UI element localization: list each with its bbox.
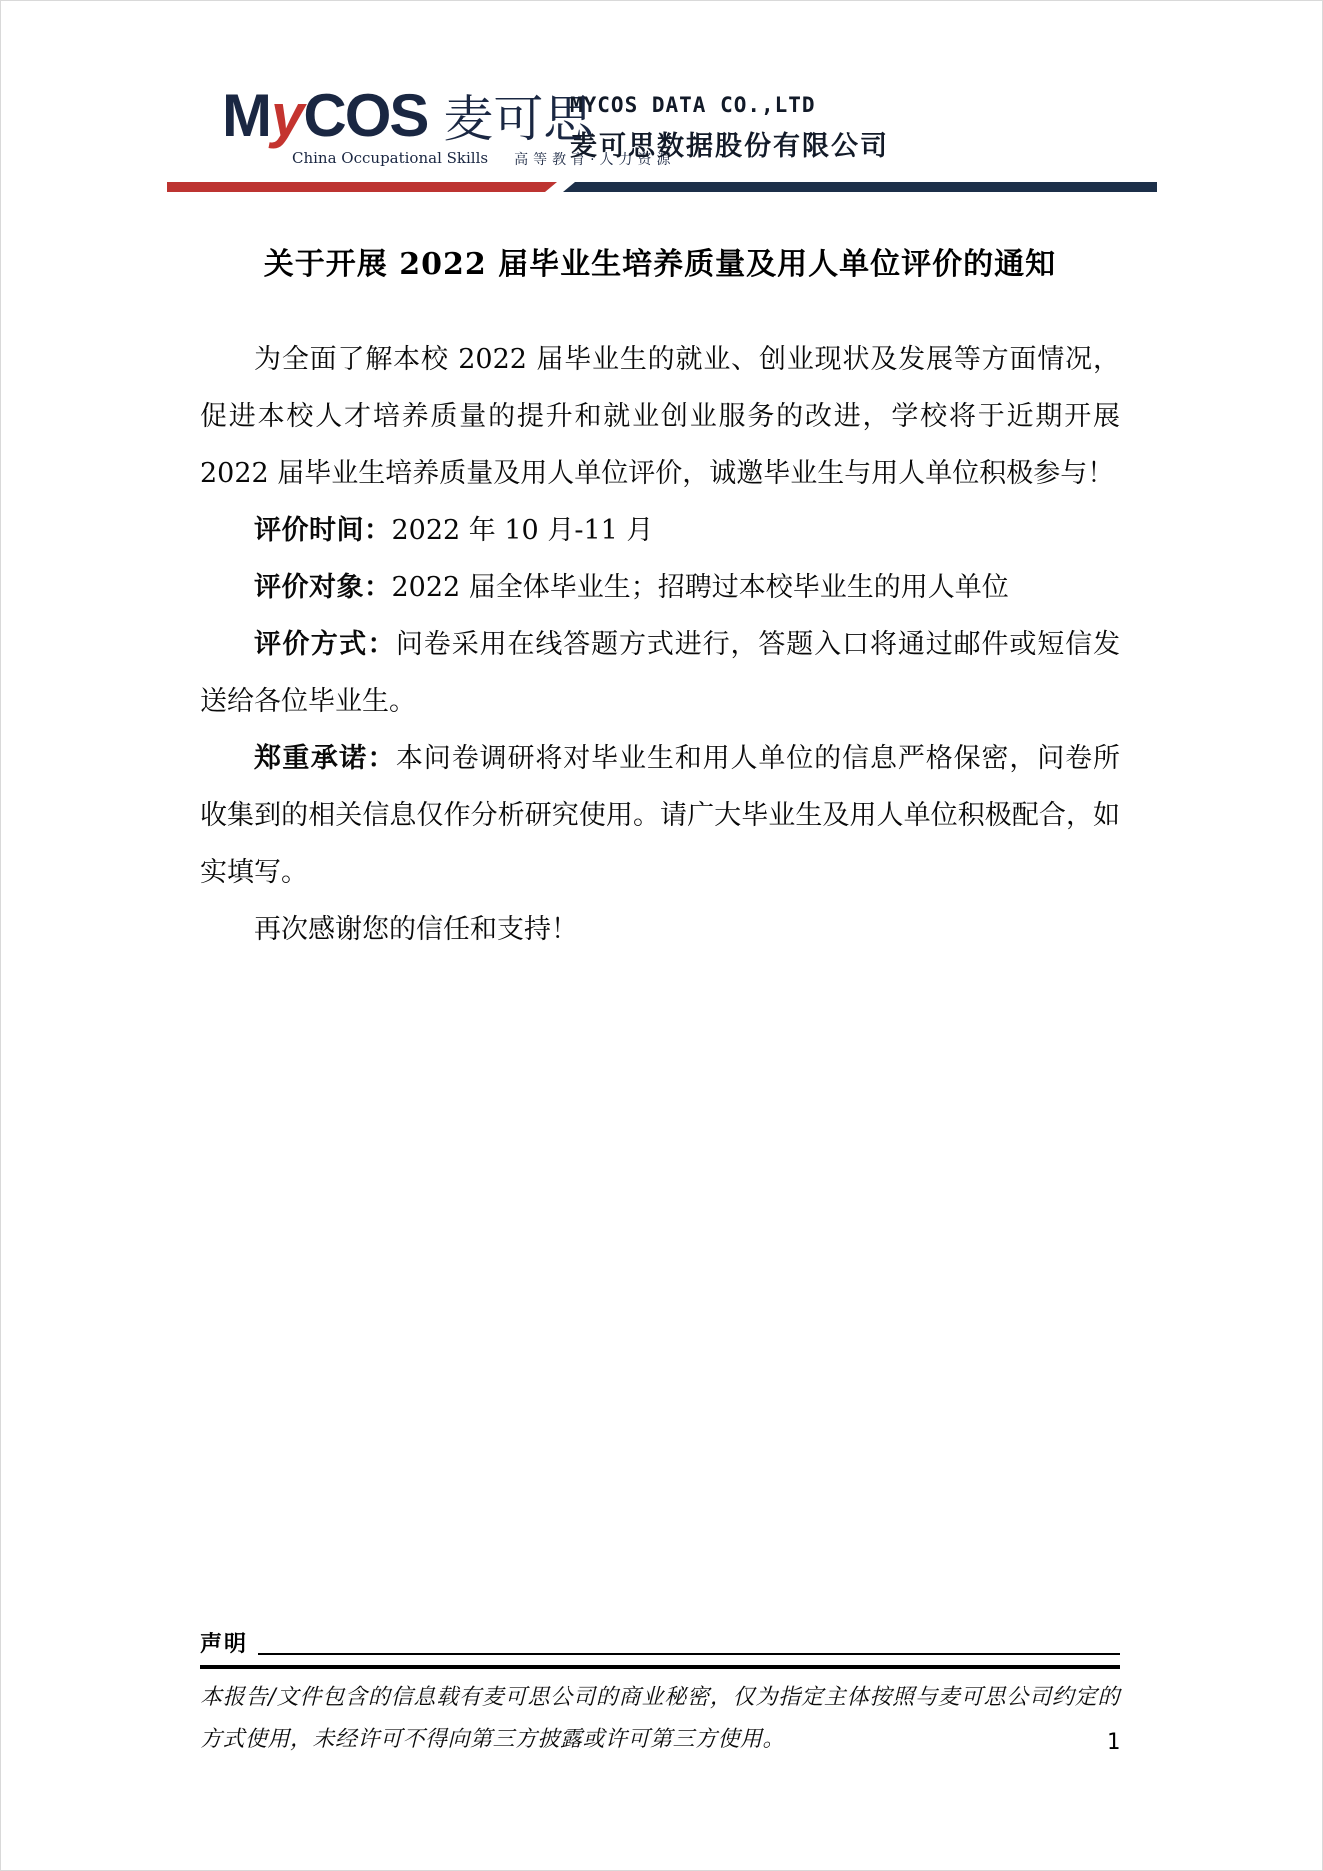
paragraph-promise: 郑重承诺：本问卷调研将对毕业生和用人单位的信息严格保密，问卷所收集到的相关信息仅… (200, 730, 1120, 901)
paragraph-eval-time: 评价时间：2022 年 10 月-11 月 (200, 502, 1120, 559)
statement-label: 声明 (200, 1632, 248, 1658)
logo-letter-m: M (222, 82, 270, 149)
header-divider-bar (167, 182, 1157, 192)
header-divider-navy-segment (563, 182, 1157, 192)
paragraph-label: 郑重承诺： (254, 743, 396, 774)
page-number: 1 (200, 1730, 1120, 1755)
paragraph-text: 2022 届全体毕业生；招聘过本校毕业生的用人单位 (392, 572, 1009, 603)
logo-wordmark-latin: MyCOS (222, 88, 427, 144)
paragraph-label: 评价方式： (254, 629, 396, 660)
company-name-block: MYCOS DATA CO.,LTD 麦可思数据股份有限公司 (570, 92, 889, 163)
paragraph-text: 为全面了解本校 2022 届毕业生的就业、创业现状及发展等方面情况，促进本校人才… (200, 344, 1120, 489)
paragraph-label: 评价对象： (254, 572, 392, 603)
statement-thick-rule (200, 1665, 1120, 1669)
header-divider-red-segment (167, 182, 557, 192)
paragraph-eval-method: 评价方式：问卷采用在线答题方式进行，答题入口将通过邮件或短信发送给各位毕业生。 (200, 616, 1120, 730)
paragraph-eval-target: 评价对象：2022 届全体毕业生；招聘过本校毕业生的用人单位 (200, 559, 1120, 616)
page-header: MyCOS 麦可思 China Occupational Skills 高等教育… (222, 88, 1163, 178)
company-name-english: MYCOS DATA CO.,LTD (570, 92, 889, 118)
logo-letter-y-red: y (271, 82, 302, 149)
paragraph-label: 评价时间： (254, 515, 392, 546)
document-page: { "header": { "logo": { "wordmark_m": "M… (0, 0, 1323, 1871)
notice-title: 关于开展 2022 届毕业生培养质量及用人单位评价的通知 (200, 244, 1120, 286)
statement-thin-rule (258, 1653, 1120, 1655)
logo-tagline-english: China Occupational Skills (292, 149, 488, 169)
logo-letters-cos: COS (303, 82, 427, 149)
company-name-chinese: 麦可思数据股份有限公司 (570, 124, 889, 163)
paragraph-intro: 为全面了解本校 2022 届毕业生的就业、创业现状及发展等方面情况，促进本校人才… (200, 331, 1120, 502)
notice-body: 为全面了解本校 2022 届毕业生的就业、创业现状及发展等方面情况，促进本校人才… (200, 331, 1120, 958)
paragraph-text: 再次感谢您的信任和支持！ (254, 914, 578, 945)
paragraph-thanks: 再次感谢您的信任和支持！ (200, 901, 1120, 958)
paragraph-text: 2022 年 10 月-11 月 (392, 515, 654, 546)
statement-header: 声明 (200, 1632, 1120, 1658)
